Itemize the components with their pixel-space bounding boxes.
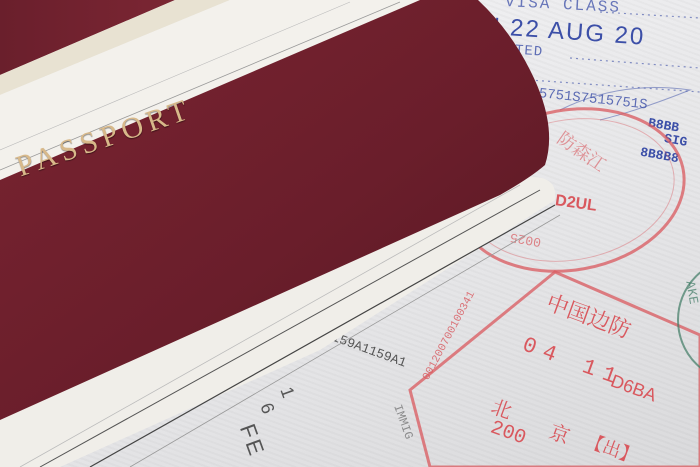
passport-photo: VISA CLASS N.22 AUG 20 ADMITTED UNTIL ED… <box>0 0 700 467</box>
passport <box>0 0 700 467</box>
